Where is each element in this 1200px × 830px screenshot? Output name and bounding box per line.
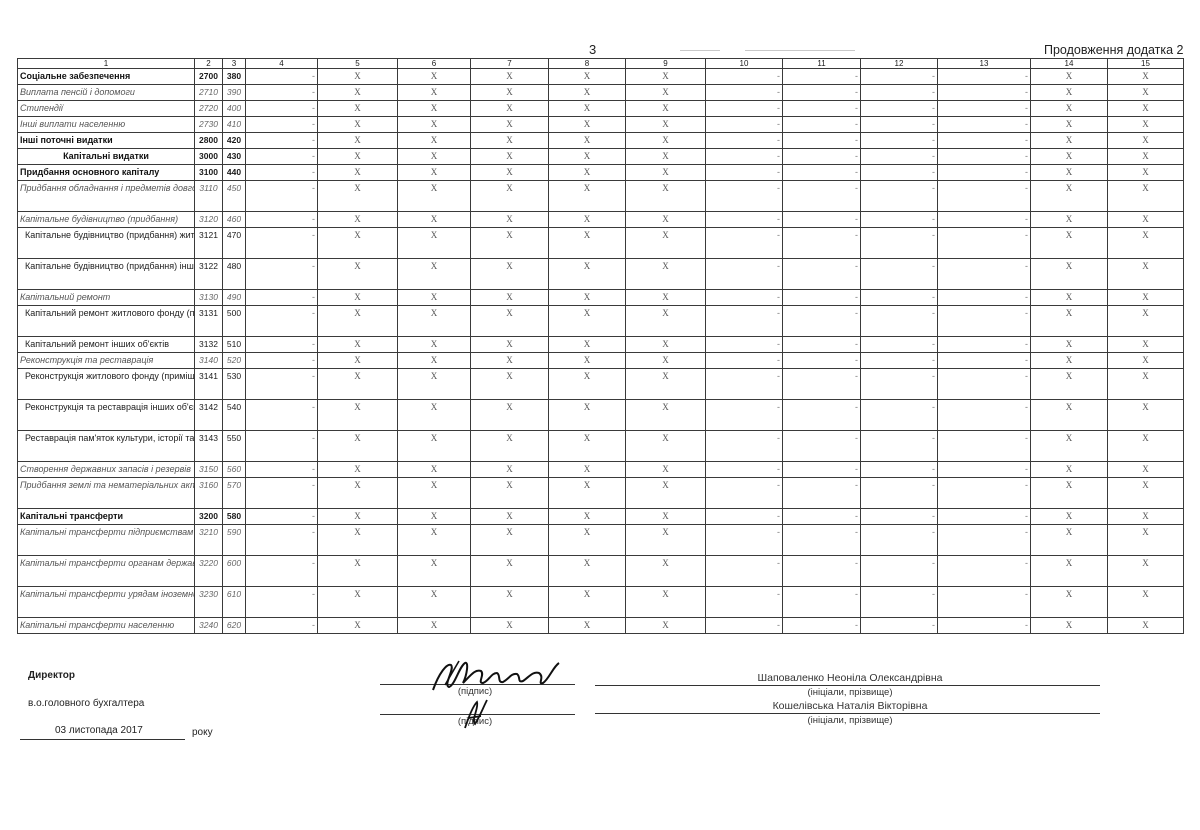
column-header-4: 4 [246, 59, 318, 69]
cell-not-applicable: X [398, 290, 471, 306]
scan-artifact [680, 50, 720, 51]
cell-not-applicable: X [1031, 117, 1108, 133]
cell-not-applicable: X [398, 353, 471, 369]
row-line-code: 620 [223, 618, 246, 634]
row-kekv-code: 3131 [195, 306, 223, 337]
cell-empty-value: - [861, 85, 938, 101]
cell-not-applicable: X [549, 149, 626, 165]
accountant-name-line [595, 713, 1100, 714]
cell-empty-value: - [783, 165, 861, 181]
cell-empty-value: - [246, 212, 318, 228]
cell-empty-value: - [706, 181, 783, 212]
cell-empty-value: - [783, 69, 861, 85]
cell-empty-value: - [861, 337, 938, 353]
cell-empty-value: - [783, 462, 861, 478]
row-line-code: 460 [223, 212, 246, 228]
cell-empty-value: - [938, 556, 1031, 587]
cell-empty-value: - [938, 369, 1031, 400]
cell-not-applicable: X [398, 101, 471, 117]
cell-not-applicable: X [318, 259, 398, 290]
row-kekv-code: 3110 [195, 181, 223, 212]
cell-empty-value: - [783, 290, 861, 306]
cell-not-applicable: X [471, 69, 549, 85]
cell-not-applicable: X [318, 509, 398, 525]
row-line-code: 540 [223, 400, 246, 431]
cell-not-applicable: X [398, 337, 471, 353]
cell-not-applicable: X [626, 525, 706, 556]
cell-empty-value: - [861, 587, 938, 618]
row-name: Створення державних запасів і резервів [18, 462, 195, 478]
director-label: Директор [28, 670, 75, 681]
row-kekv-code: 3200 [195, 509, 223, 525]
cell-not-applicable: X [1108, 431, 1184, 462]
cell-not-applicable: X [549, 337, 626, 353]
cell-not-applicable: X [626, 337, 706, 353]
cell-not-applicable: X [471, 117, 549, 133]
cell-not-applicable: X [626, 306, 706, 337]
cell-not-applicable: X [626, 165, 706, 181]
cell-empty-value: - [246, 133, 318, 149]
cell-empty-value: - [783, 431, 861, 462]
cell-not-applicable: X [626, 212, 706, 228]
cell-not-applicable: X [398, 165, 471, 181]
column-header-8: 8 [549, 59, 626, 69]
cell-not-applicable: X [471, 431, 549, 462]
cell-not-applicable: X [626, 181, 706, 212]
cell-not-applicable: X [1108, 337, 1184, 353]
cell-not-applicable: X [626, 149, 706, 165]
cell-not-applicable: X [1108, 509, 1184, 525]
cell-empty-value: - [706, 478, 783, 509]
row-line-code: 510 [223, 337, 246, 353]
cell-empty-value: - [938, 509, 1031, 525]
cell-not-applicable: X [1031, 337, 1108, 353]
cell-not-applicable: X [626, 369, 706, 400]
cell-not-applicable: X [626, 85, 706, 101]
cell-empty-value: - [938, 69, 1031, 85]
cell-not-applicable: X [398, 228, 471, 259]
row-kekv-code: 3160 [195, 478, 223, 509]
table-row: Капітальні трансферти урядам іноземних д… [18, 587, 1184, 618]
row-kekv-code: 3140 [195, 353, 223, 369]
cell-not-applicable: X [398, 259, 471, 290]
cell-not-applicable: X [626, 69, 706, 85]
cell-not-applicable: X [1031, 587, 1108, 618]
cell-not-applicable: X [471, 618, 549, 634]
accountant-label: в.о.головного бухгалтера [28, 698, 144, 709]
cell-not-applicable: X [471, 133, 549, 149]
cell-empty-value: - [861, 353, 938, 369]
row-name: Реконструкція та реставрація [18, 353, 195, 369]
cell-not-applicable: X [318, 228, 398, 259]
row-kekv-code: 3240 [195, 618, 223, 634]
cell-not-applicable: X [626, 259, 706, 290]
cell-not-applicable: X [398, 85, 471, 101]
cell-not-applicable: X [1108, 290, 1184, 306]
row-name: Соціальне забезпечення [18, 69, 195, 85]
cell-not-applicable: X [318, 478, 398, 509]
cell-empty-value: - [861, 165, 938, 181]
cell-empty-value: - [706, 337, 783, 353]
cell-not-applicable: X [318, 525, 398, 556]
cell-not-applicable: X [318, 165, 398, 181]
cell-not-applicable: X [1108, 618, 1184, 634]
cell-empty-value: - [246, 509, 318, 525]
cell-not-applicable: X [471, 259, 549, 290]
row-name: Капітальне будівництво (придбання) інших… [18, 259, 195, 290]
cell-not-applicable: X [1031, 462, 1108, 478]
cell-empty-value: - [246, 259, 318, 290]
row-line-code: 560 [223, 462, 246, 478]
cell-empty-value: - [783, 525, 861, 556]
cell-empty-value: - [783, 212, 861, 228]
cell-not-applicable: X [471, 556, 549, 587]
cell-not-applicable: X [318, 117, 398, 133]
row-line-code: 570 [223, 478, 246, 509]
cell-empty-value: - [246, 587, 318, 618]
date-underline [20, 739, 185, 740]
cell-empty-value: - [246, 556, 318, 587]
column-header-1: 1 [18, 59, 195, 69]
cell-not-applicable: X [549, 306, 626, 337]
cell-empty-value: - [706, 462, 783, 478]
cell-empty-value: - [938, 587, 1031, 618]
table-row: Соціальне забезпечення2700380-XXXXX----X… [18, 69, 1184, 85]
cell-empty-value: - [246, 478, 318, 509]
cell-not-applicable: X [1108, 133, 1184, 149]
cell-not-applicable: X [1031, 306, 1108, 337]
cell-not-applicable: X [1031, 228, 1108, 259]
cell-empty-value: - [706, 101, 783, 117]
cell-empty-value: - [861, 117, 938, 133]
cell-empty-value: - [706, 133, 783, 149]
cell-not-applicable: X [398, 400, 471, 431]
cell-not-applicable: X [1031, 618, 1108, 634]
cell-empty-value: - [861, 149, 938, 165]
cell-not-applicable: X [549, 133, 626, 149]
row-name: Інші виплати населенню [18, 117, 195, 133]
row-line-code: 580 [223, 509, 246, 525]
cell-not-applicable: X [1108, 353, 1184, 369]
cell-not-applicable: X [549, 165, 626, 181]
row-line-code: 520 [223, 353, 246, 369]
cell-empty-value: - [861, 431, 938, 462]
cell-empty-value: - [246, 165, 318, 181]
cell-not-applicable: X [471, 353, 549, 369]
cell-empty-value: - [783, 509, 861, 525]
cell-empty-value: - [706, 228, 783, 259]
cell-not-applicable: X [549, 228, 626, 259]
cell-not-applicable: X [549, 69, 626, 85]
cell-empty-value: - [246, 369, 318, 400]
row-name: Капітальне будівництво (придбання) житла [18, 228, 195, 259]
row-kekv-code: 3210 [195, 525, 223, 556]
cell-not-applicable: X [549, 212, 626, 228]
scan-artifact [745, 50, 855, 51]
row-line-code: 500 [223, 306, 246, 337]
column-header-3: 3 [223, 59, 246, 69]
director-signature [425, 655, 565, 695]
cell-not-applicable: X [1031, 478, 1108, 509]
row-line-code: 450 [223, 181, 246, 212]
cell-not-applicable: X [626, 556, 706, 587]
cell-empty-value: - [861, 69, 938, 85]
table-row: Інші поточні видатки2800420-XXXXX----XX [18, 133, 1184, 149]
page-number: 3 [589, 42, 596, 57]
cell-empty-value: - [783, 181, 861, 212]
date-value: 03 листопада 2017 [55, 725, 143, 736]
cell-empty-value: - [861, 290, 938, 306]
row-line-code: 590 [223, 525, 246, 556]
cell-not-applicable: X [1108, 181, 1184, 212]
cell-not-applicable: X [1108, 212, 1184, 228]
cell-not-applicable: X [398, 117, 471, 133]
row-kekv-code: 2800 [195, 133, 223, 149]
cell-not-applicable: X [398, 587, 471, 618]
table-row: Виплата пенсій і допомоги2710390-XXXXX--… [18, 85, 1184, 101]
cell-empty-value: - [706, 85, 783, 101]
cell-not-applicable: X [1108, 556, 1184, 587]
cell-not-applicable: X [471, 85, 549, 101]
cell-not-applicable: X [626, 117, 706, 133]
director-name-line [595, 685, 1100, 686]
cell-not-applicable: X [1108, 525, 1184, 556]
row-kekv-code: 3132 [195, 337, 223, 353]
year-suffix: року [192, 727, 213, 738]
cell-not-applicable: X [471, 462, 549, 478]
cell-not-applicable: X [471, 149, 549, 165]
cell-not-applicable: X [1108, 117, 1184, 133]
row-kekv-code: 3142 [195, 400, 223, 431]
row-line-code: 470 [223, 228, 246, 259]
cell-not-applicable: X [398, 478, 471, 509]
table-row: Капітальні трансферти населенню3240620-X… [18, 618, 1184, 634]
cell-empty-value: - [706, 69, 783, 85]
cell-empty-value: - [861, 400, 938, 431]
cell-not-applicable: X [626, 462, 706, 478]
cell-not-applicable: X [318, 462, 398, 478]
report-table: 123456789101112131415 Соціальне забезпеч… [17, 58, 1184, 634]
table-row: Придбання основного капіталу3100440-XXXX… [18, 165, 1184, 181]
cell-empty-value: - [938, 101, 1031, 117]
cell-empty-value: - [706, 556, 783, 587]
cell-empty-value: - [861, 509, 938, 525]
cell-empty-value: - [246, 181, 318, 212]
cell-not-applicable: X [398, 181, 471, 212]
table-row: Придбання обладнання і предметів довгост… [18, 181, 1184, 212]
row-line-code: 410 [223, 117, 246, 133]
cell-not-applicable: X [549, 259, 626, 290]
cell-not-applicable: X [471, 212, 549, 228]
column-header-11: 11 [783, 59, 861, 69]
cell-not-applicable: X [1031, 212, 1108, 228]
cell-not-applicable: X [626, 133, 706, 149]
cell-not-applicable: X [549, 353, 626, 369]
cell-empty-value: - [861, 306, 938, 337]
row-kekv-code: 3220 [195, 556, 223, 587]
cell-empty-value: - [861, 618, 938, 634]
cell-not-applicable: X [471, 369, 549, 400]
row-line-code: 610 [223, 587, 246, 618]
cell-empty-value: - [706, 353, 783, 369]
table-row: Капітальні трансферти3200580-XXXXX----XX [18, 509, 1184, 525]
table-row: Капітальний ремонт3130490-XXXXX----XX [18, 290, 1184, 306]
row-name: Капітальний ремонт [18, 290, 195, 306]
cell-not-applicable: X [1108, 587, 1184, 618]
cell-not-applicable: X [626, 478, 706, 509]
cell-not-applicable: X [318, 85, 398, 101]
table-row: Капітальні трансферти органам державного… [18, 556, 1184, 587]
accountant-name: Кошелівська Наталія Вікторівна [700, 700, 1000, 712]
row-line-code: 380 [223, 69, 246, 85]
cell-empty-value: - [938, 431, 1031, 462]
cell-not-applicable: X [1031, 181, 1108, 212]
row-line-code: 440 [223, 165, 246, 181]
cell-empty-value: - [706, 400, 783, 431]
cell-empty-value: - [861, 462, 938, 478]
cell-not-applicable: X [626, 290, 706, 306]
row-name: Реконструкція та реставрація інших об'єк… [18, 400, 195, 431]
row-kekv-code: 2710 [195, 85, 223, 101]
cell-not-applicable: X [626, 400, 706, 431]
row-name: Капітальне будівництво (придбання) [18, 212, 195, 228]
cell-empty-value: - [783, 101, 861, 117]
table-row: Капітальний ремонт інших об'єктів3132510… [18, 337, 1184, 353]
table-row: Капітальне будівництво (придбання) житла… [18, 228, 1184, 259]
cell-empty-value: - [938, 149, 1031, 165]
cell-empty-value: - [938, 133, 1031, 149]
cell-empty-value: - [861, 181, 938, 212]
cell-not-applicable: X [471, 525, 549, 556]
accountant-name-caption: (ініціали, прізвище) [770, 715, 930, 726]
column-header-row: 123456789101112131415 [18, 59, 1184, 69]
cell-not-applicable: X [471, 181, 549, 212]
cell-empty-value: - [246, 69, 318, 85]
cell-empty-value: - [706, 117, 783, 133]
cell-not-applicable: X [549, 478, 626, 509]
column-header-15: 15 [1108, 59, 1184, 69]
cell-empty-value: - [938, 353, 1031, 369]
column-header-13: 13 [938, 59, 1031, 69]
cell-not-applicable: X [398, 306, 471, 337]
row-kekv-code: 3121 [195, 228, 223, 259]
cell-empty-value: - [246, 101, 318, 117]
cell-not-applicable: X [318, 400, 398, 431]
table-row: Капітальні видатки3000430-XXXXX----XX [18, 149, 1184, 165]
cell-not-applicable: X [626, 509, 706, 525]
cell-not-applicable: X [1108, 228, 1184, 259]
row-kekv-code: 2720 [195, 101, 223, 117]
cell-not-applicable: X [471, 509, 549, 525]
cell-empty-value: - [246, 400, 318, 431]
row-name: Капітальні трансферти населенню [18, 618, 195, 634]
cell-empty-value: - [246, 525, 318, 556]
cell-empty-value: - [783, 133, 861, 149]
cell-not-applicable: X [1108, 369, 1184, 400]
row-line-code: 420 [223, 133, 246, 149]
cell-empty-value: - [861, 133, 938, 149]
row-name: Капітальні трансферти органам державного… [18, 556, 195, 587]
cell-empty-value: - [706, 509, 783, 525]
cell-empty-value: - [246, 353, 318, 369]
row-name: Капітальні трансферти [18, 509, 195, 525]
cell-empty-value: - [246, 618, 318, 634]
cell-empty-value: - [783, 259, 861, 290]
cell-empty-value: - [938, 259, 1031, 290]
cell-empty-value: - [246, 337, 318, 353]
row-kekv-code: 3000 [195, 149, 223, 165]
cell-not-applicable: X [549, 431, 626, 462]
cell-not-applicable: X [549, 101, 626, 117]
cell-not-applicable: X [398, 212, 471, 228]
cell-empty-value: - [783, 228, 861, 259]
cell-not-applicable: X [1108, 306, 1184, 337]
cell-not-applicable: X [318, 306, 398, 337]
row-name: Інші поточні видатки [18, 133, 195, 149]
cell-empty-value: - [246, 85, 318, 101]
cell-empty-value: - [706, 618, 783, 634]
cell-empty-value: - [938, 290, 1031, 306]
table-row: Реконструкція та реставрація інших об'єк… [18, 400, 1184, 431]
cell-empty-value: - [706, 587, 783, 618]
cell-empty-value: - [938, 85, 1031, 101]
column-header-14: 14 [1031, 59, 1108, 69]
row-name: Капітальні трансферти урядам іноземних д… [18, 587, 195, 618]
column-header-10: 10 [706, 59, 783, 69]
row-line-code: 400 [223, 101, 246, 117]
cell-not-applicable: X [626, 101, 706, 117]
cell-empty-value: - [783, 117, 861, 133]
cell-empty-value: - [783, 618, 861, 634]
continuation-label: Продовження додатка 2 [1044, 43, 1184, 57]
cell-not-applicable: X [626, 431, 706, 462]
director-name-caption: (ініціали, прізвище) [770, 687, 930, 698]
row-name: Придбання основного капіталу [18, 165, 195, 181]
table-row: Реставрація пам'яток культури, історії т… [18, 431, 1184, 462]
cell-empty-value: - [783, 353, 861, 369]
cell-empty-value: - [246, 306, 318, 337]
cell-not-applicable: X [1108, 85, 1184, 101]
cell-empty-value: - [938, 478, 1031, 509]
cell-empty-value: - [938, 337, 1031, 353]
row-name: Капітальний ремонт інших об'єктів [18, 337, 195, 353]
cell-empty-value: - [246, 149, 318, 165]
row-line-code: 390 [223, 85, 246, 101]
table-row: Реконструкція житлового фонду (приміщень… [18, 369, 1184, 400]
cell-not-applicable: X [471, 306, 549, 337]
cell-not-applicable: X [1108, 69, 1184, 85]
table-row: Капітальний ремонт житлового фонду (прим… [18, 306, 1184, 337]
cell-not-applicable: X [1031, 556, 1108, 587]
cell-empty-value: - [938, 228, 1031, 259]
cell-empty-value: - [246, 462, 318, 478]
row-line-code: 600 [223, 556, 246, 587]
cell-not-applicable: X [471, 337, 549, 353]
cell-empty-value: - [938, 525, 1031, 556]
cell-not-applicable: X [626, 618, 706, 634]
row-name: Реставрація пам'яток культури, історії т… [18, 431, 195, 462]
cell-empty-value: - [938, 400, 1031, 431]
cell-not-applicable: X [549, 556, 626, 587]
table-row: Реконструкція та реставрація3140520-XXXX… [18, 353, 1184, 369]
cell-not-applicable: X [549, 117, 626, 133]
cell-empty-value: - [706, 165, 783, 181]
cell-empty-value: - [938, 165, 1031, 181]
cell-not-applicable: X [1031, 290, 1108, 306]
cell-not-applicable: X [1108, 478, 1184, 509]
row-name: Стипендії [18, 101, 195, 117]
cell-not-applicable: X [626, 353, 706, 369]
